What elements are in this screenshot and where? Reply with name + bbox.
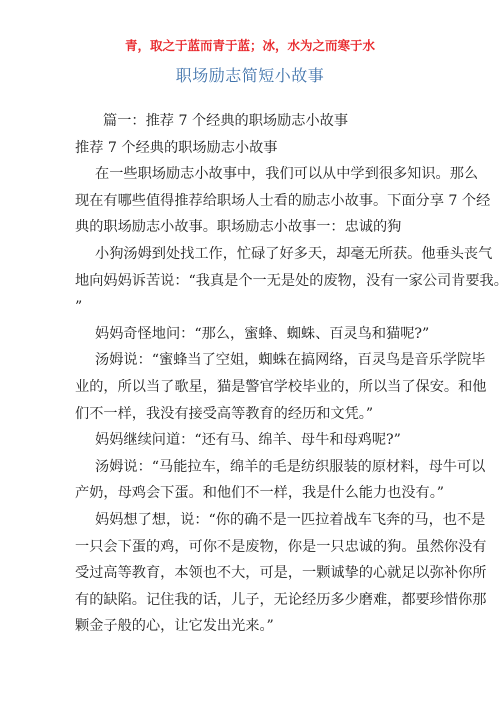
paragraph-line: 汤姆说：“蜜蜂当了空姐，蜘蛛在搞网络，百灵鸟是音乐学院毕 xyxy=(75,347,427,374)
paragraph-line: ” xyxy=(75,294,427,321)
paragraph-line: 妈妈想了想，说：“你的确不是一匹拉着战车飞奔的马，也不是 xyxy=(75,507,427,534)
paragraph-line: 有的缺陷。记住我的话，儿子，无论经历多少磨难，都要珍惜你那 xyxy=(75,587,427,614)
paragraph-line: 现在有哪些值得推荐给职场人士看的励志小故事。下面分享 7 个经 xyxy=(75,188,427,215)
paragraph-line: 在一些职场励志小故事中，我们可以从中学到很多知识。那么 xyxy=(75,161,427,188)
paragraph-line: 妈妈奇怪地问：“那么，蜜蜂、蜘蛛、百灵鸟和猫呢?” xyxy=(75,321,427,348)
paragraph-line: 地向妈妈诉苦说：“我真是个一无是处的废物，没有一家公司肯要我。 xyxy=(75,268,427,295)
paragraph-line: 受过高等教育，本领也不大，可是，一颗诚挚的心就足以弥补你所 xyxy=(75,560,427,587)
paragraph-line: 汤姆说：“马能拉车，绵羊的毛是纺织服装的原材料，母牛可以 xyxy=(75,454,427,481)
document-title: 职场励志简短小故事 xyxy=(0,63,500,86)
paragraph-line: 们不一样，我没有接受高等教育的经历和文凭。” xyxy=(75,401,427,428)
paragraph-line: 产奶，母鸡会下蛋。和他们不一样，我是什么能力也没有。” xyxy=(75,480,427,507)
document-body: 篇一：推荐 7 个经典的职场励志小故事 推荐 7 个经典的职场励志小故事 在一些… xyxy=(75,108,427,640)
paragraph-line: 颗金子般的心，让它发出光来。” xyxy=(75,613,427,640)
document-page: 青，取之于蓝而青于蓝；冰，水为之而寒于水 职场励志简短小故事 篇一：推荐 7 个… xyxy=(0,0,500,708)
paragraph-line: 小狗汤姆到处找工作，忙碌了好多天，却毫无所获。他垂头丧气 xyxy=(75,241,427,268)
paragraph-line: 一只会下蛋的鸡，可你不是废物，你是一只忠诚的狗。虽然你没有 xyxy=(75,534,427,561)
paragraph-line: 业的，所以当了歌星，猫是警官学校毕业的，所以当了保安。和他 xyxy=(75,374,427,401)
paragraph-line: 典的职场励志小故事。职场励志小故事一：忠诚的狗 xyxy=(75,214,427,241)
section-heading: 篇一：推荐 7 个经典的职场励志小故事 xyxy=(75,108,427,135)
paragraph-line: 妈妈继续问道：“还有马、绵羊、母牛和母鸡呢?” xyxy=(75,427,427,454)
motto-header: 青，取之于蓝而青于蓝；冰，水为之而寒于水 xyxy=(0,36,500,54)
subheading: 推荐 7 个经典的职场励志小故事 xyxy=(75,135,427,162)
